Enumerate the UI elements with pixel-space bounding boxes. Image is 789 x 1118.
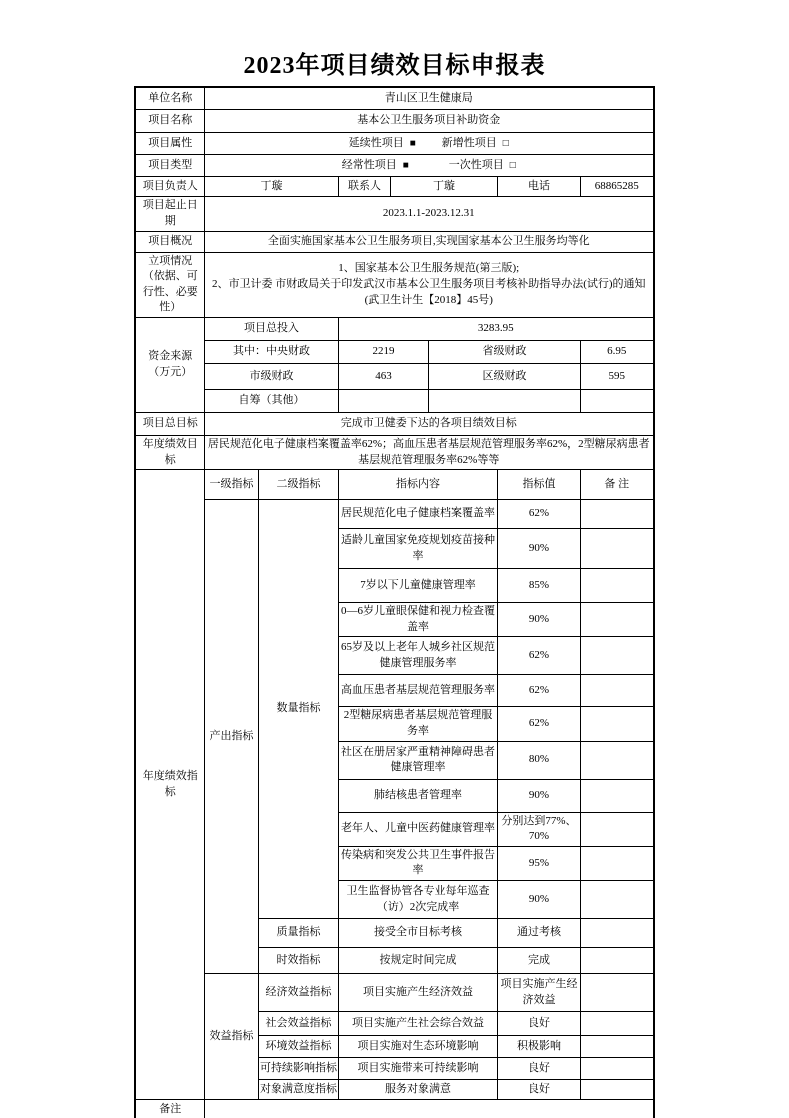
indicator-value-cell: 95% — [497, 846, 580, 880]
unit-value: 青山区卫生健康局 — [204, 87, 653, 110]
attribute-label: 项目属性 — [135, 133, 204, 155]
indicator-remark-cell — [580, 500, 653, 529]
level2-benefit-label: 经济效益指标 — [258, 974, 338, 1012]
page-title: 2023年项目绩效目标申报表 — [0, 0, 789, 81]
level2-time-label: 时效指标 — [258, 948, 338, 974]
indicator-value-cell: 62% — [497, 500, 580, 529]
indicator-content-cell: 肺结核患者管理率 — [338, 779, 497, 812]
indicator-content-cell: 老年人、儿童中医药健康管理率 — [338, 812, 497, 846]
annual-goal-value: 居民规范化电子健康档案覆盖率62%；高血压患者基层规范管理服务率62%，2型糖尿… — [204, 435, 653, 469]
funding-self-value — [338, 389, 428, 412]
indicator-remark-cell — [580, 529, 653, 569]
attribute-option-1: 延续性项目 — [349, 137, 404, 149]
indicator-remark-cell — [580, 569, 653, 603]
funding-label-line-1: 资金来源 — [137, 349, 203, 365]
unit-label: 单位名称 — [135, 87, 204, 110]
total-goal-label: 项目总目标 — [135, 412, 204, 435]
dates-value: 2023.1.1-2023.12.31 — [204, 197, 653, 231]
indicator-content-cell: 卫生监督协管各专业每年巡查（访）2次完成率 — [338, 881, 497, 919]
document-page: 2023年项目绩效目标申报表 单位名称 青山区卫生健康局 项目名称 基本公卫生服… — [0, 0, 789, 1118]
basis-line-2: 2、市卫计委 市财政局关于印发武汉市基本公卫生服务项目考核补助指导办法(试行)的… — [206, 277, 652, 308]
total-goal-value: 完成市卫健委下达的各项目绩效目标 — [204, 412, 653, 435]
type-value: 经常性项目■一次性项目□ — [204, 155, 653, 177]
indicator-content-cell: 服务对象满意 — [338, 1080, 497, 1100]
contact-value: 丁璇 — [390, 177, 497, 197]
indicator-content-cell: 项目实施对生态环境影响 — [338, 1036, 497, 1058]
indicator-header-level2: 二级指标 — [258, 470, 338, 500]
indicator-content-cell: 传染病和突发公共卫生事件报告率 — [338, 846, 497, 880]
checkbox-empty-icon: □ — [510, 160, 516, 171]
level2-benefit-label: 可持续影响指标 — [258, 1058, 338, 1080]
funding-self-label: 自筹（其他） — [204, 389, 338, 412]
indicator-value-cell: 80% — [497, 741, 580, 779]
remark-label: 备注 — [135, 1100, 204, 1118]
indicator-value-cell: 90% — [497, 779, 580, 812]
indicator-remark-cell — [580, 974, 653, 1012]
indicator-value-cell: 85% — [497, 569, 580, 603]
indicator-remark-cell — [580, 812, 653, 846]
indicator-remark-cell — [580, 919, 653, 948]
indicator-value-cell: 62% — [497, 707, 580, 741]
dates-label: 项目起止日期 — [135, 197, 204, 231]
indicator-remark-cell — [580, 948, 653, 974]
indicator-value-cell: 62% — [497, 637, 580, 675]
annual-indicators-label: 年度绩效指标 — [135, 470, 204, 1100]
indicator-remark-cell — [580, 881, 653, 919]
indicator-content-cell: 项目实施带来可持续影响 — [338, 1058, 497, 1080]
funding-label: 资金来源 （万元） — [135, 317, 204, 412]
indicator-content-cell: 居民规范化电子健康档案覆盖率 — [338, 500, 497, 529]
indicator-value-cell: 完成 — [497, 948, 580, 974]
checkbox-empty-icon: □ — [503, 138, 509, 149]
level1-benefit-label: 效益指标 — [204, 974, 258, 1100]
funding-province-label: 省级财政 — [428, 340, 580, 363]
indicator-content-cell: 2型糖尿病患者基层规范管理服务率 — [338, 707, 497, 741]
indicator-value-cell: 积极影响 — [497, 1036, 580, 1058]
level1-output-label: 产出指标 — [204, 500, 258, 974]
funding-total-value: 3283.95 — [338, 317, 653, 340]
leader-label: 项目负责人 — [135, 177, 204, 197]
leader-value: 丁璇 — [204, 177, 338, 197]
indicator-header-value: 指标值 — [497, 470, 580, 500]
indicator-content-cell: 社区在册居家严重精神障碍患者健康管理率 — [338, 741, 497, 779]
indicator-value-cell: 90% — [497, 529, 580, 569]
project-name-label: 项目名称 — [135, 110, 204, 133]
indicator-remark-cell — [580, 779, 653, 812]
checkbox-filled-icon: ■ — [403, 160, 409, 171]
checkbox-filled-icon: ■ — [410, 138, 416, 149]
indicator-content-cell: 65岁及以上老年人城乡社区规范健康管理服务率 — [338, 637, 497, 675]
type-label: 项目类型 — [135, 155, 204, 177]
indicator-value-cell: 90% — [497, 881, 580, 919]
funding-empty-cell — [428, 389, 580, 412]
indicator-header-remark: 备 注 — [580, 470, 653, 500]
contact-label: 联系人 — [338, 177, 390, 197]
funding-central-label: 其中：中央财政 — [204, 340, 338, 363]
indicator-value-cell: 62% — [497, 675, 580, 707]
attribute-value: 延续性项目■新增性项目□ — [204, 133, 653, 155]
indicator-content-cell: 适龄儿童国家免疫规划疫苗接种率 — [338, 529, 497, 569]
indicator-remark-cell — [580, 603, 653, 637]
basis-label: 立项情况（依据、可行性、必要性） — [135, 252, 204, 317]
level2-quality-label: 质量指标 — [258, 919, 338, 948]
indicator-value-cell: 通过考核 — [497, 919, 580, 948]
indicator-content-cell: 0—6岁儿童眼保健和视力检查覆盖率 — [338, 603, 497, 637]
overview-value: 全面实施国家基本公卫生服务项目,实现国家基本公卫生服务均等化 — [204, 231, 653, 252]
level2-benefit-label: 环境效益指标 — [258, 1036, 338, 1058]
indicator-remark-cell — [580, 1080, 653, 1100]
phone-value: 68865285 — [580, 177, 653, 197]
indicator-content-cell: 高血压患者基层规范管理服务率 — [338, 675, 497, 707]
annual-goal-label: 年度绩效目标 — [135, 435, 204, 469]
indicator-remark-cell — [580, 707, 653, 741]
funding-label-line-2: （万元） — [137, 365, 203, 381]
funding-city-value: 463 — [338, 363, 428, 389]
indicator-value-cell: 良好 — [497, 1080, 580, 1100]
level2-benefit-label: 对象满意度指标 — [258, 1080, 338, 1100]
funding-district-value: 595 — [580, 363, 653, 389]
phone-label: 电话 — [497, 177, 580, 197]
indicator-value-cell: 良好 — [497, 1058, 580, 1080]
indicator-remark-cell — [580, 637, 653, 675]
funding-total-label: 项目总投入 — [204, 317, 338, 340]
indicator-content-cell: 7岁以下儿童健康管理率 — [338, 569, 497, 603]
indicator-content-cell: 接受全市目标考核 — [338, 919, 497, 948]
indicator-remark-cell — [580, 1012, 653, 1036]
funding-province-value: 6.95 — [580, 340, 653, 363]
basis-value: 1、国家基本公卫生服务规范(第三版); 2、市卫计委 市财政局关于印发武汉市基本… — [204, 252, 653, 317]
indicator-header-content: 指标内容 — [338, 470, 497, 500]
attribute-option-2: 新增性项目 — [442, 137, 497, 149]
funding-city-label: 市级财政 — [204, 363, 338, 389]
indicator-value-cell: 项目实施产生经济效益 — [497, 974, 580, 1012]
declaration-form-table: 单位名称 青山区卫生健康局 项目名称 基本公卫生服务项目补助资金 项目属性 延续… — [134, 86, 654, 1118]
indicator-remark-cell — [580, 741, 653, 779]
overview-label: 项目概况 — [135, 231, 204, 252]
indicator-content-cell: 按规定时间完成 — [338, 948, 497, 974]
level2-quantity-label: 数量指标 — [258, 500, 338, 919]
indicator-value-cell: 90% — [497, 603, 580, 637]
type-option-1: 经常性项目 — [342, 159, 397, 171]
project-name-value: 基本公卫生服务项目补助资金 — [204, 110, 653, 133]
level2-benefit-label: 社会效益指标 — [258, 1012, 338, 1036]
indicator-remark-cell — [580, 1036, 653, 1058]
indicator-content-cell: 项目实施产生社会综合效益 — [338, 1012, 497, 1036]
type-option-2: 一次性项目 — [449, 159, 504, 171]
indicator-remark-cell — [580, 675, 653, 707]
indicator-value-cell: 分别达到77%、70% — [497, 812, 580, 846]
funding-empty-cell — [580, 389, 653, 412]
indicator-remark-cell — [580, 1058, 653, 1080]
indicator-value-cell: 良好 — [497, 1012, 580, 1036]
indicator-remark-cell — [580, 846, 653, 880]
funding-central-value: 2219 — [338, 340, 428, 363]
indicator-header-level1: 一级指标 — [204, 470, 258, 500]
indicator-content-cell: 项目实施产生经济效益 — [338, 974, 497, 1012]
basis-line-1: 1、国家基本公卫生服务规范(第三版); — [206, 261, 652, 277]
remark-value — [204, 1100, 653, 1118]
funding-district-label: 区级财政 — [428, 363, 580, 389]
